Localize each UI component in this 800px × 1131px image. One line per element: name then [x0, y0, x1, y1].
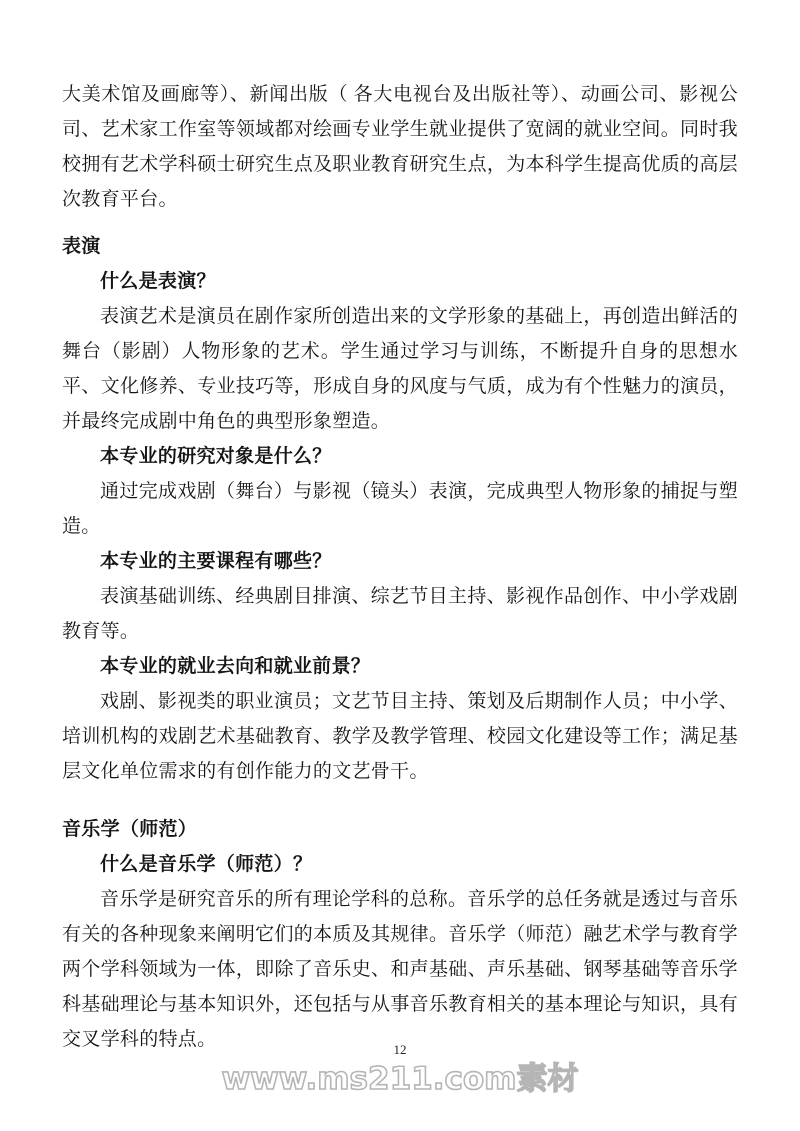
answer-what-is-musicology: 音乐学是研究音乐的所有理论学科的总称。音乐学的总任务就是透过与音乐有关的各种现象… — [62, 882, 738, 1057]
document-page: 大美术馆及画廊等）、新闻出版（ 各大电视台及出版社等）、动画公司、影视公司、艺术… — [0, 0, 800, 1131]
question-main-courses: 本专业的主要课程有哪些？ — [62, 544, 738, 579]
question-career-prospects: 本专业的就业去向和就业前景？ — [62, 649, 738, 684]
answer-main-courses: 表演基础训练、经典剧目排演、综艺节目主持、影视作品创作、中小学戏剧教育等。 — [62, 579, 738, 649]
question-what-is-musicology: 什么是音乐学（师范）？ — [62, 847, 738, 882]
question-research-object: 本专业的研究对象是什么？ — [62, 439, 738, 474]
answer-what-is-performance: 表演艺术是演员在剧作家所创造出来的文学形象的基础上，再创造出鲜活的舞台（影剧）人… — [62, 299, 738, 439]
intro-paragraph: 大美术馆及画廊等）、新闻出版（ 各大电视台及出版社等）、动画公司、影视公司、艺术… — [62, 77, 738, 217]
page-number: 12 — [0, 1042, 800, 1058]
answer-career-prospects: 戏剧、影视类的职业演员；文艺节目主持、策划及后期制作人员；中小学、培训机构的戏剧… — [62, 684, 738, 789]
watermark-text: www.ms211.com素材 — [222, 1061, 579, 1097]
question-what-is-performance: 什么是表演？ — [62, 264, 738, 299]
section-title-musicology: 音乐学（师范） — [62, 812, 738, 847]
answer-research-object: 通过完成戏剧（舞台）与影视（镜头）表演，完成典型人物形象的捕捉与塑造。 — [62, 474, 738, 544]
section-title-performance: 表演 — [62, 229, 738, 264]
